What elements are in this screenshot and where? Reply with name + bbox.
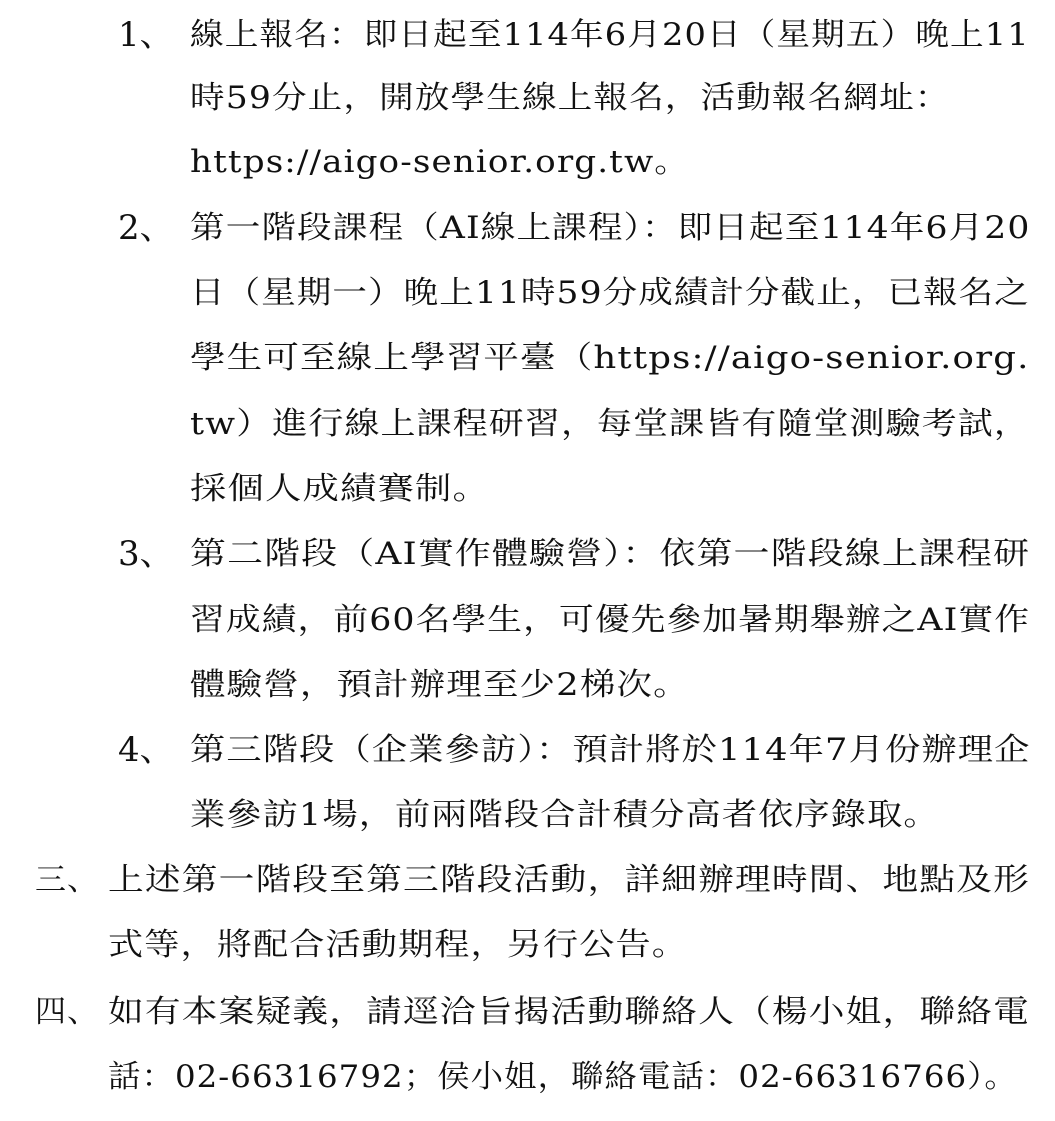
list-marker: 2、: [118, 203, 174, 253]
text-line: 式等，將配合活動期程，另行公告。: [108, 920, 688, 970]
text-line: 話：02-66316792；侯小姐，聯絡電話：02-66316766）。: [108, 1052, 1018, 1102]
list-item-text-line: 日（星期一）晚上11時59分成績計分截止，已報名之: [190, 268, 1030, 318]
learning-platform-url[interactable]: 學生可至線上學習平臺（https://aigo-senior.org.: [190, 333, 1030, 383]
text-line: 上述第一階段至第三階段活動，詳細辦理時間、地點及形: [108, 855, 1030, 905]
section-marker: 四、: [35, 987, 110, 1037]
list-item-text-line: 體驗營，預計辦理至少2梯次。: [190, 660, 690, 710]
text-line: 採個人成績賽制。: [190, 464, 490, 514]
text-line: 習成績，前60名學生，可優先參加暑期舉辦之AI實作: [190, 595, 1030, 645]
text-line: 時59分止，開放學生線上報名，活動報名網址：: [190, 73, 951, 123]
text-line: 第一階段課程（AI線上課程）：即日起至114年6月20: [190, 203, 1031, 253]
text-line: 第三階段（企業參訪）：預計將於114年7月份辦理企: [190, 725, 1030, 775]
list-item-text-line: 習成績，前60名學生，可優先參加暑期舉辦之AI實作: [190, 595, 1030, 645]
text-line: https://aigo-senior.org.tw。: [190, 137, 690, 187]
list-marker: 4、: [118, 725, 174, 775]
contact-info-line: 話：02-66316792；侯小姐，聯絡電話：02-66316766）。: [108, 1052, 1018, 1102]
text-line: 線上報名：即日起至114年6月20日（星期五）晚上11: [190, 10, 1030, 60]
list-marker: 3、: [118, 529, 174, 579]
list-item-text-line: 第三階段（企業參訪）：預計將於114年7月份辦理企: [190, 725, 1030, 775]
text-line: 如有本案疑義，請逕洽旨揭活動聯絡人（楊小姐，聯絡電: [108, 987, 1030, 1037]
text-line: 學生可至線上學習平臺（https://aigo-senior.org.: [190, 333, 1030, 383]
list-item-text-line: 採個人成績賽制。: [190, 464, 490, 514]
text-line: 日（星期一）晚上11時59分成績計分截止，已報名之: [190, 268, 1030, 318]
list-item-text-line: 業參訪1場，前兩階段合計積分高者依序錄取。: [190, 790, 940, 840]
text-line: 業參訪1場，前兩階段合計積分高者依序錄取。: [190, 790, 940, 840]
section-marker: 三、: [35, 855, 110, 905]
list-item-text-line: tw）進行線上課程研習，每堂課皆有隨堂測驗考試，: [190, 399, 1030, 449]
list-item-text-line: 第二階段（AI實作體驗營）：依第一階段線上課程研: [190, 529, 1030, 579]
section-text-line: 式等，將配合活動期程，另行公告。: [108, 920, 688, 970]
text-line: 第二階段（AI實作體驗營）：依第一階段線上課程研: [190, 529, 1030, 579]
section-text-line: 上述第一階段至第三階段活動，詳細辦理時間、地點及形: [108, 855, 1030, 905]
list-item-text-line: 線上報名：即日起至114年6月20日（星期五）晚上11: [190, 10, 1030, 60]
section-text-line: 如有本案疑義，請逕洽旨揭活動聯絡人（楊小姐，聯絡電: [108, 987, 1030, 1037]
list-marker: 1、: [118, 10, 174, 60]
list-item-text-line: 時59分止，開放學生線上報名，活動報名網址：: [190, 73, 950, 123]
registration-url[interactable]: https://aigo-senior.org.tw。: [190, 137, 690, 187]
list-item-text-line: 第一階段課程（AI線上課程）：即日起至114年6月20: [190, 203, 1030, 253]
text-line: tw）進行線上課程研習，每堂課皆有隨堂測驗考試，: [190, 399, 1030, 449]
text-line: 體驗營，預計辦理至少2梯次。: [190, 660, 690, 710]
